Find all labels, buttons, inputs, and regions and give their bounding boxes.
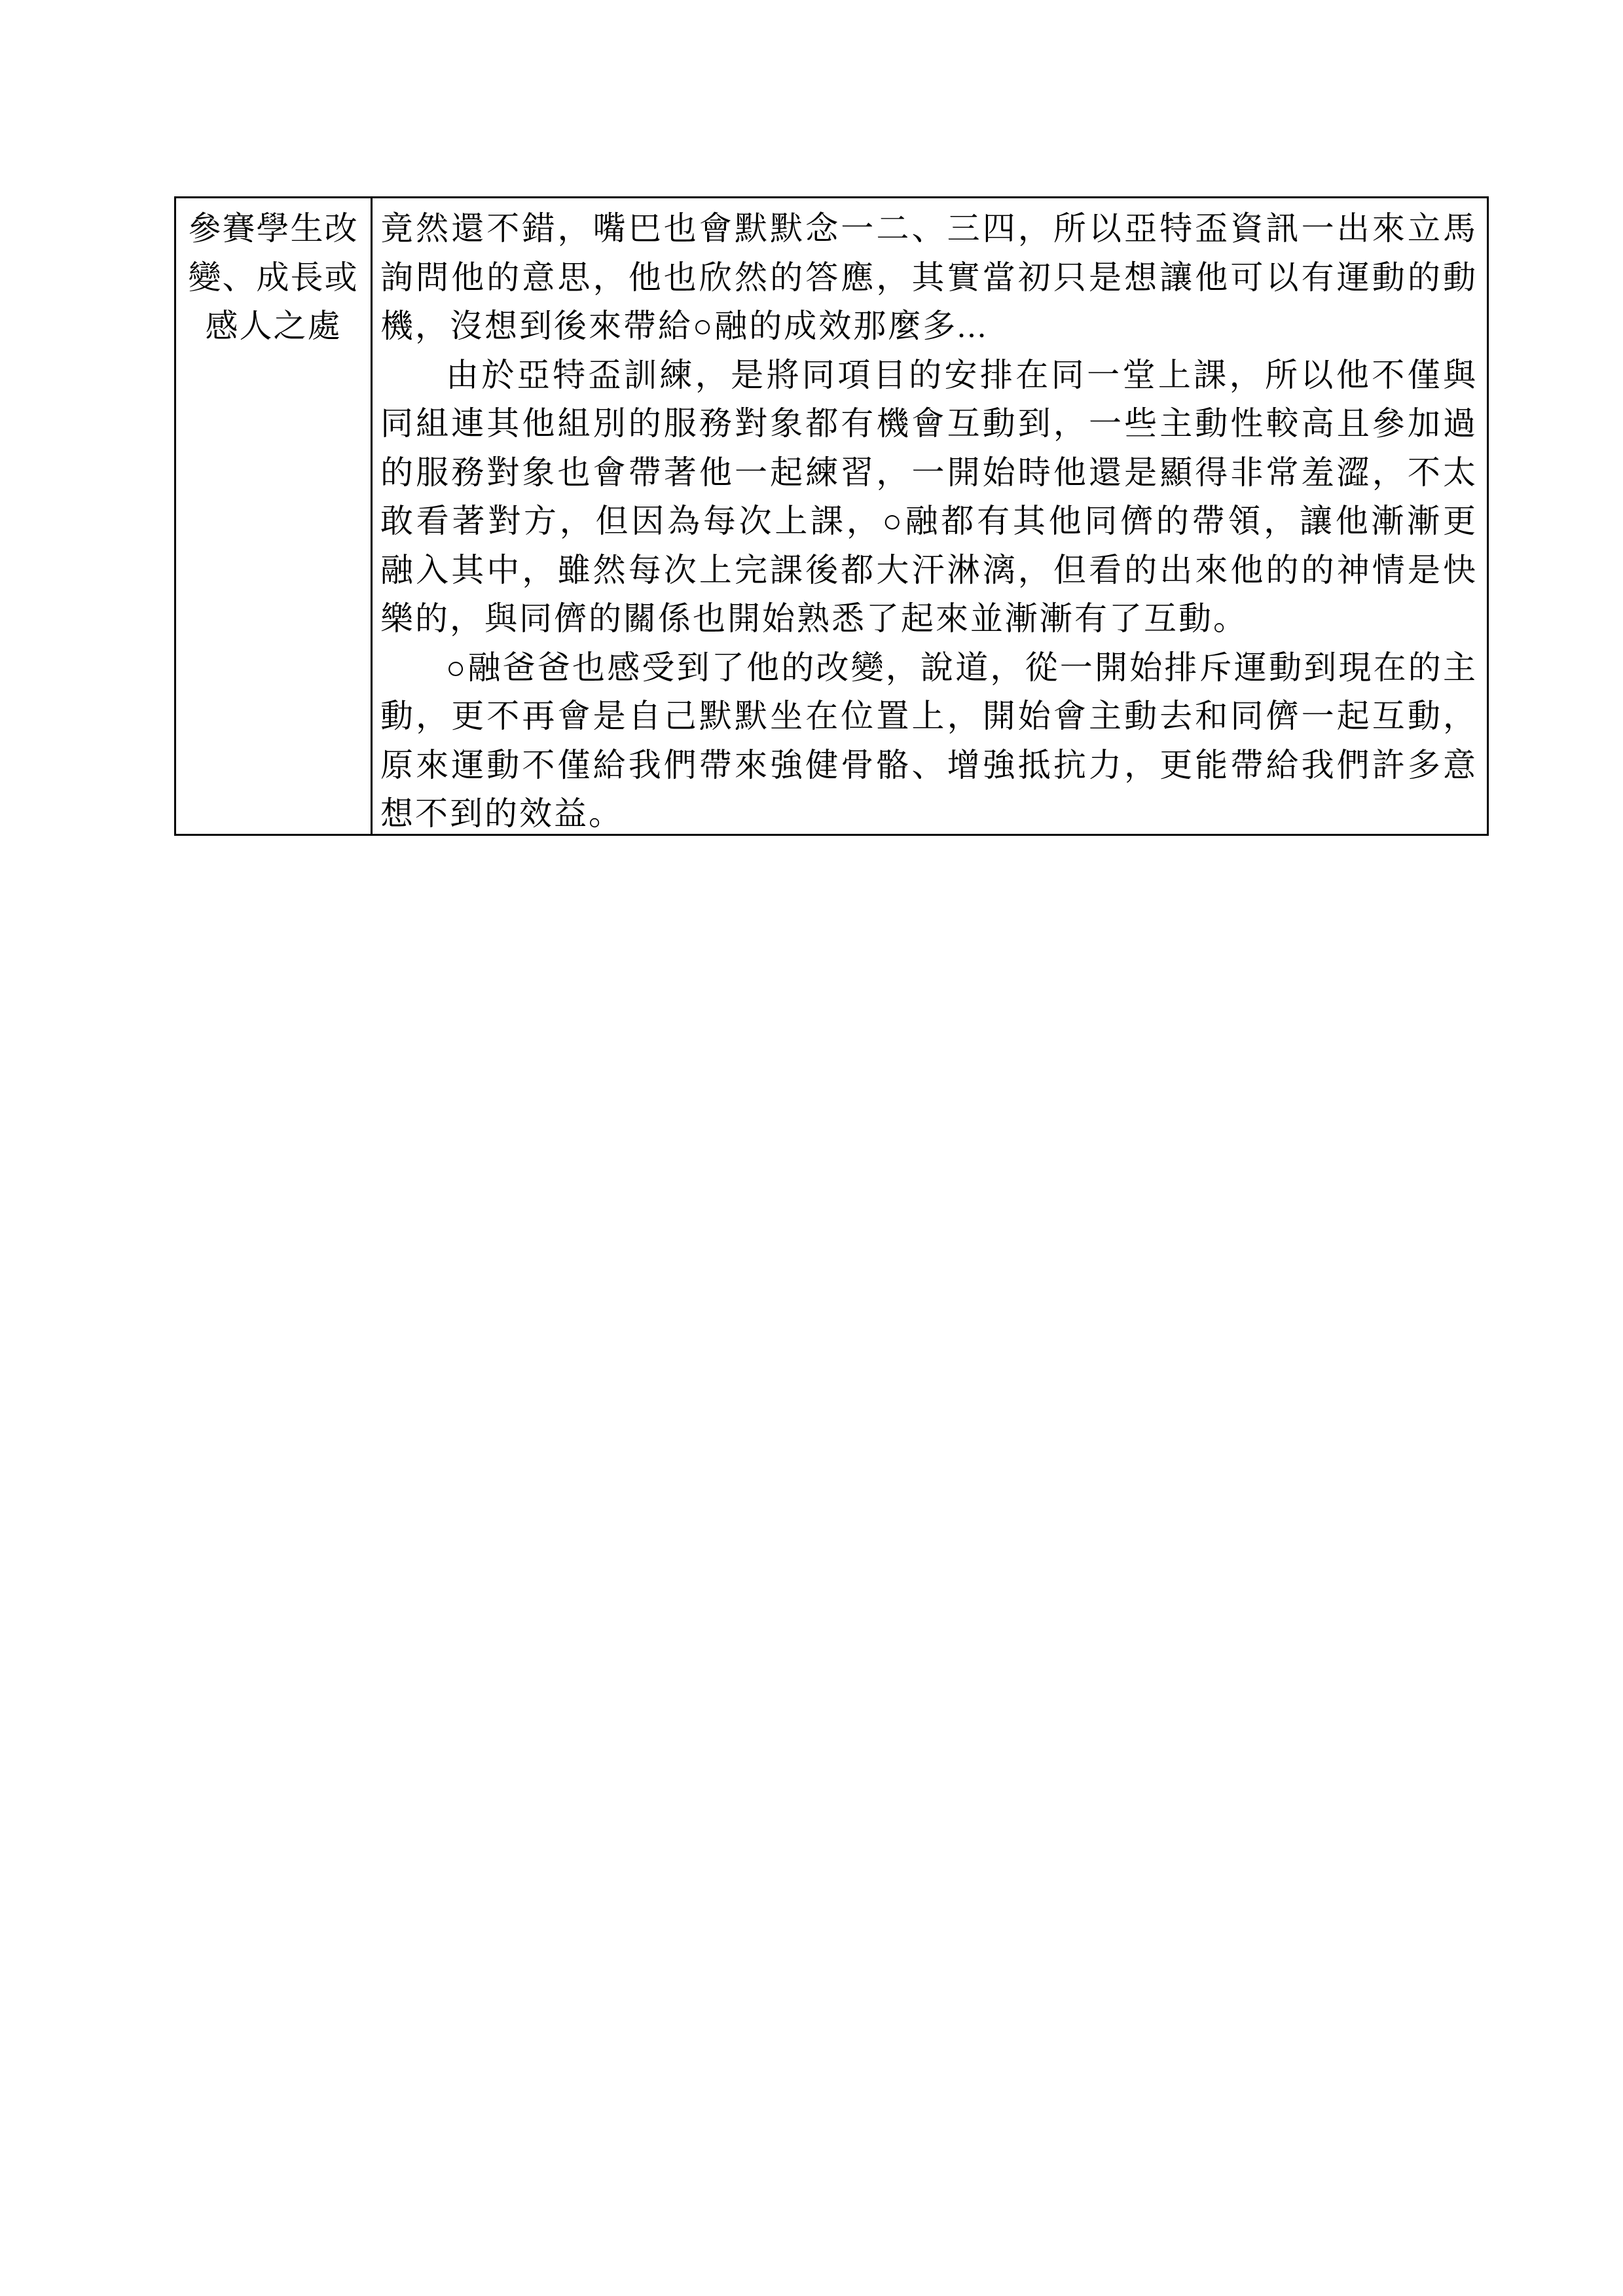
header-cell-line-1: 參賽學生改 bbox=[181, 204, 365, 253]
content-paragraph-1: 竟然還不錯，嘴巴也會默默念一二、三四，所以亞特盃資訊一出來立馬詢問他的意思，他也… bbox=[380, 204, 1478, 351]
content-paragraph-3: ○融爸爸也感受到了他的改變，說道，從一開始排斥運動到現在的主動，更不再會是自己默… bbox=[380, 643, 1478, 834]
report-table: 參賽學生改 變、成長或 感人之處 竟然還不錯，嘴巴也會默默念一二、三四，所以亞特… bbox=[174, 196, 1489, 836]
header-cell-line-2: 變、成長或 bbox=[181, 253, 365, 302]
table-header-cell: 參賽學生改 變、成長或 感人之處 bbox=[176, 198, 373, 834]
table-content-cell: 竟然還不錯，嘴巴也會默默念一二、三四，所以亞特盃資訊一出來立馬詢問他的意思，他也… bbox=[373, 198, 1487, 834]
header-cell-line-3: 感人之處 bbox=[181, 302, 365, 351]
document-page: 參賽學生改 變、成長或 感人之處 竟然還不錯，嘴巴也會默默念一二、三四，所以亞特… bbox=[0, 0, 1623, 2296]
content-paragraph-2: 由於亞特盃訓練，是將同項目的安排在同一堂上課，所以他不僅與同組連其他組別的服務對… bbox=[380, 351, 1478, 643]
